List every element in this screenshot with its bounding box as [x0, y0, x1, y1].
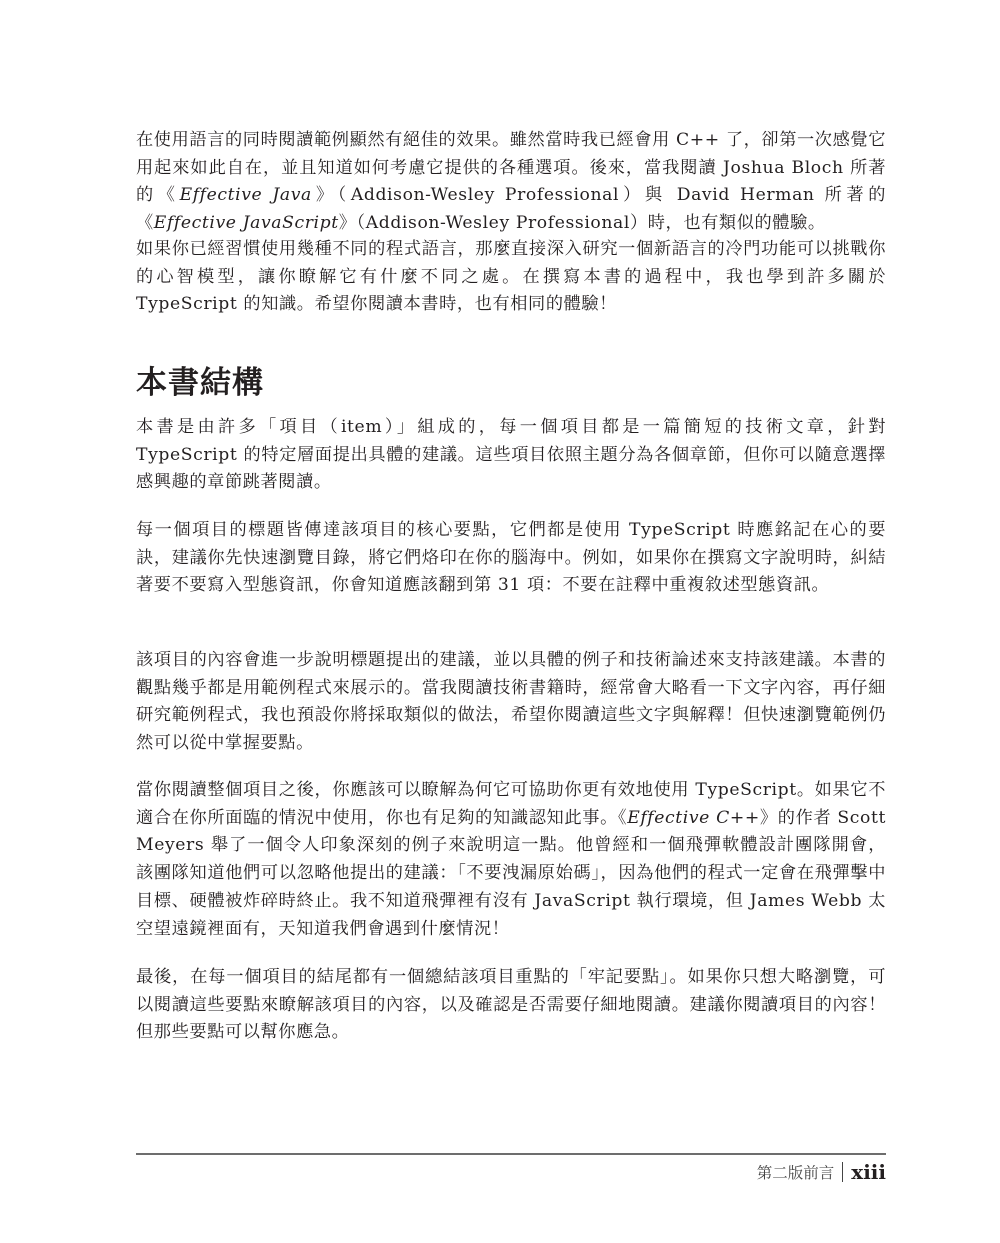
text-run: 最後，在每一個項目的結尾都有一個總結該項目重點的「牢記要點」。如果你只想大略瀏覽… [136, 967, 886, 1042]
book-title: Effective C++ [627, 808, 760, 828]
section-heading: 本書結構 [136, 357, 264, 402]
page-number: xiii [851, 1160, 886, 1184]
paragraph-structure-5: 最後，在每一個項目的結尾都有一個總結該項目重點的「牢記要點」。如果你只想大略瀏覽… [136, 964, 886, 1047]
text-run: 如果你已經習慣使用幾種不同的程式語言，那麼直接深入研究一個新語言的冷門功能可以挑… [136, 239, 886, 314]
footer-rule [136, 1153, 886, 1155]
paragraph-structure-4: 當你閱讀整個項目之後，你應該可以瞭解為何它可協助你更有效地使用 TypeScri… [136, 777, 886, 943]
book-title: Effective JavaScript [154, 213, 339, 233]
paragraph-intro-1: 在使用語言的同時閱讀範例顯然有絕佳的效果。雖然當時我已經會用 C++ 了，卻第一… [136, 127, 886, 238]
paragraph-structure-3: 該項目的內容會進一步說明標題提出的建議，並以具體的例子和技術論述來支持該建議。本… [136, 647, 886, 758]
footer-separator [842, 1162, 843, 1182]
page-footer: 第二版前言 xiii [757, 1160, 886, 1184]
book-title: Effective Java [180, 185, 312, 205]
text-run: 本書是由許多「項目（item）」組成的，每一個項目都是一篇簡短的技術文章，針對 … [136, 417, 886, 492]
text-run: 》（Addison-Wesley Professional）時，也有類似的體驗。 [339, 213, 826, 233]
footer-chapter-title: 第二版前言 [757, 1161, 835, 1183]
paragraph-structure-1: 本書是由許多「項目（item）」組成的，每一個項目都是一篇簡短的技術文章，針對 … [136, 414, 886, 497]
text-run: 每一個項目的標題皆傳達該項目的核心要點，它們都是使用 TypeScript 時應… [136, 520, 886, 595]
paragraph-intro-2: 如果你已經習慣使用幾種不同的程式語言，那麼直接深入研究一個新語言的冷門功能可以挑… [136, 236, 886, 319]
paragraph-structure-2: 每一個項目的標題皆傳達該項目的核心要點，它們都是使用 TypeScript 時應… [136, 517, 886, 600]
text-run: 該項目的內容會進一步說明標題提出的建議，並以具體的例子和技術論述來支持該建議。本… [136, 650, 886, 753]
